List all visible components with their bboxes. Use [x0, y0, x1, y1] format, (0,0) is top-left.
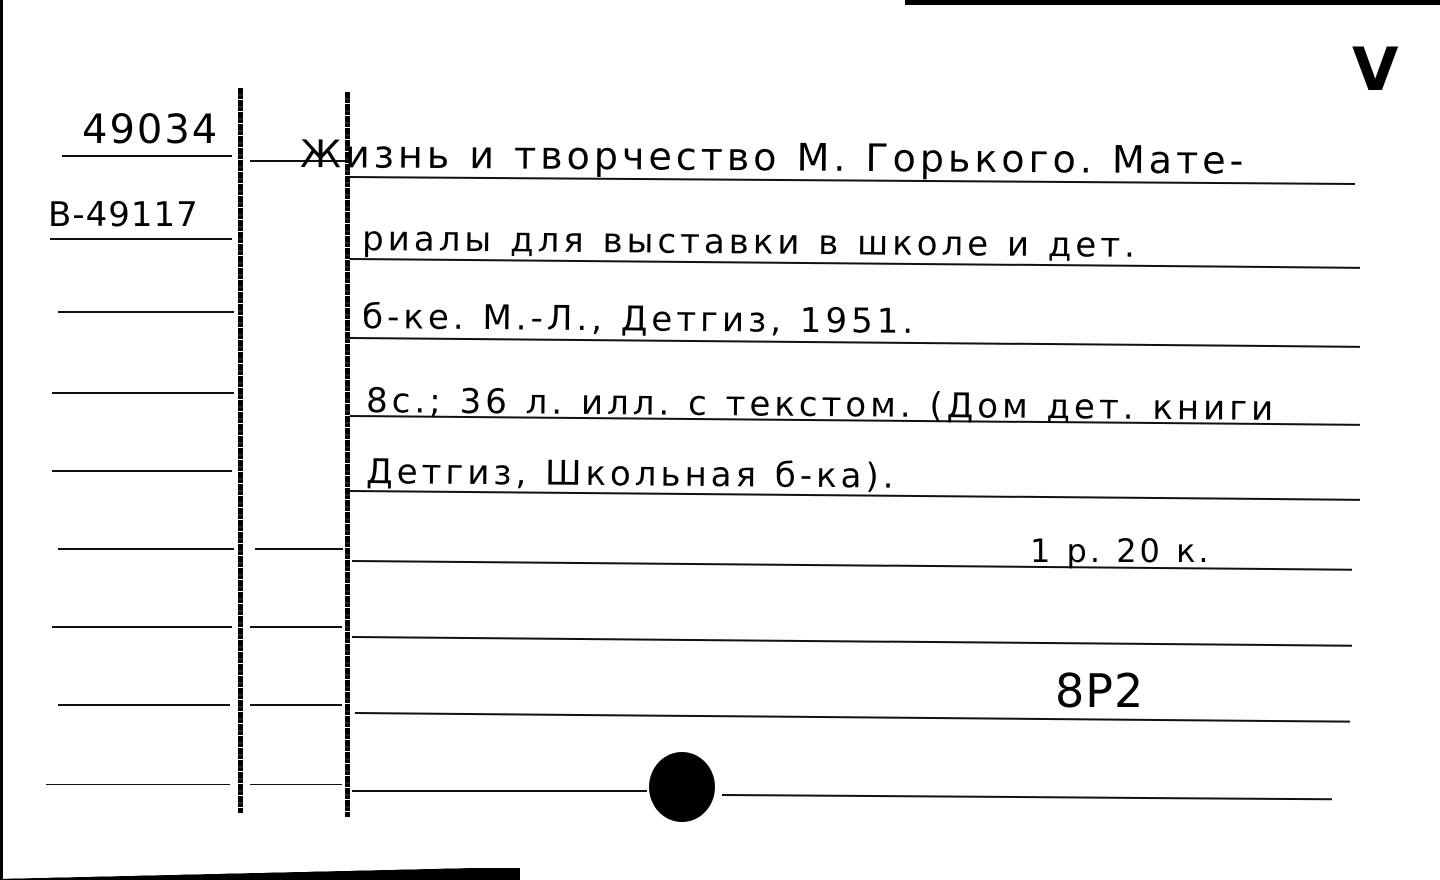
punch-hole [649, 752, 715, 822]
ruled-line [355, 712, 1350, 723]
ruled-line [255, 548, 343, 550]
ruled-line [250, 704, 342, 706]
shelf-number: В-49117 [48, 198, 199, 232]
ruled-line [58, 704, 230, 706]
ruled-line [50, 238, 232, 240]
ruled-line [250, 784, 342, 785]
entry-line-4: 8с.; 36 л. илл. с текстом. (Дом дет. кни… [366, 384, 1277, 426]
entry-line-2: риалы для выставки в школе и дет. [362, 222, 1139, 263]
ruled-line [46, 784, 230, 785]
entry-line-3: б-ке. М.-Л., Детгиз, 1951. [362, 300, 917, 339]
ruled-line [250, 626, 342, 628]
ruled-line [52, 470, 232, 472]
ruled-line [58, 311, 234, 313]
price: 1 р. 20 к. [1030, 535, 1212, 567]
classification-code: 8Р2 [1055, 668, 1144, 714]
check-mark-icon: V [1352, 40, 1398, 100]
scan-edge-bottom [0, 868, 520, 880]
ruled-line [352, 790, 647, 792]
ruled-line [52, 392, 234, 394]
scan-edge-left [0, 0, 3, 880]
catalog-card: 49034 В-49117 Жизнь и творчество М. Горь… [0, 0, 1440, 880]
scan-edge-top [905, 0, 1440, 5]
entry-line-5: Детгиз, Школьная б-ка). [366, 455, 898, 494]
ruled-line [352, 636, 1352, 647]
accession-number: 49034 [82, 110, 219, 150]
column-rule-right [345, 92, 350, 817]
column-rule-left [238, 88, 243, 813]
entry-line-1: Жизнь и творчество М. Горького. Мате- [300, 135, 1247, 180]
ruled-line [62, 155, 232, 157]
ruled-line [58, 548, 234, 550]
ruled-line [52, 626, 232, 628]
ruled-line [722, 794, 1332, 800]
